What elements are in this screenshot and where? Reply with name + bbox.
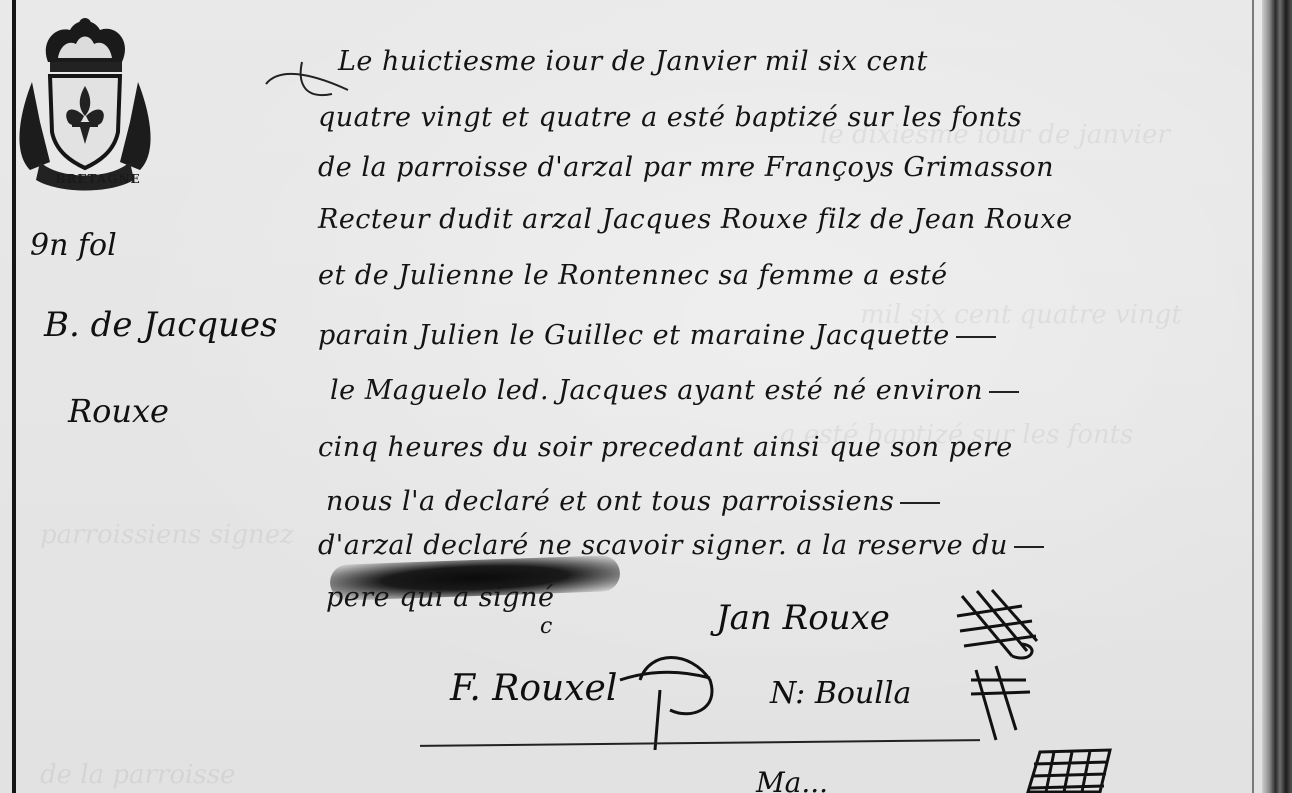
record-line: pere qui a signé — [326, 582, 554, 613]
book-binding — [1262, 0, 1292, 793]
margin-folio-reference: 9n fol — [30, 228, 117, 263]
signature-n-boulla: N: Boulla — [770, 676, 911, 711]
record-line: parain Julien le Guillec et maraine Jacq… — [318, 320, 996, 351]
partial-signature: Ma... — [756, 766, 828, 793]
show-through-text: parroissiens signez — [40, 520, 294, 550]
flourish-mark: c — [540, 614, 552, 639]
fleur-de-lis-crowned-seal-icon — [10, 12, 160, 197]
record-line: Recteur dudit arzal Jacques Rouxe filz d… — [318, 204, 1073, 235]
signature-jan-rouxe: Jan Rouxe — [716, 598, 890, 638]
record-line: cinq heures du soir precedant ainsi que … — [318, 432, 1013, 463]
record-line: nous l'a declaré et ont tous parroissien… — [326, 486, 940, 517]
signature-grid-paraph-icon — [1020, 748, 1115, 793]
margin-entry-surname: Rouxe — [68, 392, 169, 430]
margin-entry-title: B. de Jacques — [44, 305, 277, 345]
manuscript-page: le dixiesme iour de janvier mil six cent… — [0, 0, 1292, 793]
show-through-text: de la parroisse — [40, 760, 235, 790]
signature-paraph-icon — [600, 640, 730, 750]
record-line: et de Julienne le Rontennec sa femme a e… — [318, 260, 948, 291]
page-edge-line — [1252, 0, 1254, 793]
seal-label: BRETAGNE — [38, 172, 158, 186]
signature-paraph-icon — [966, 660, 1036, 750]
signature-f-rouxel: F. Rouxel — [450, 668, 617, 709]
record-line: quatre vingt et quatre a esté baptizé su… — [318, 102, 1022, 133]
record-line: de la parroisse d'arzal par mre Françoys… — [318, 152, 1054, 183]
record-line: le Maguelo led. Jacques ayant esté né en… — [330, 375, 1019, 406]
record-line: Le huictiesme iour de Janvier mil six ce… — [338, 46, 928, 77]
record-line: d'arzal declaré ne scavoir signer. a la … — [318, 530, 1044, 561]
signature-paraph-icon — [952, 586, 1042, 666]
